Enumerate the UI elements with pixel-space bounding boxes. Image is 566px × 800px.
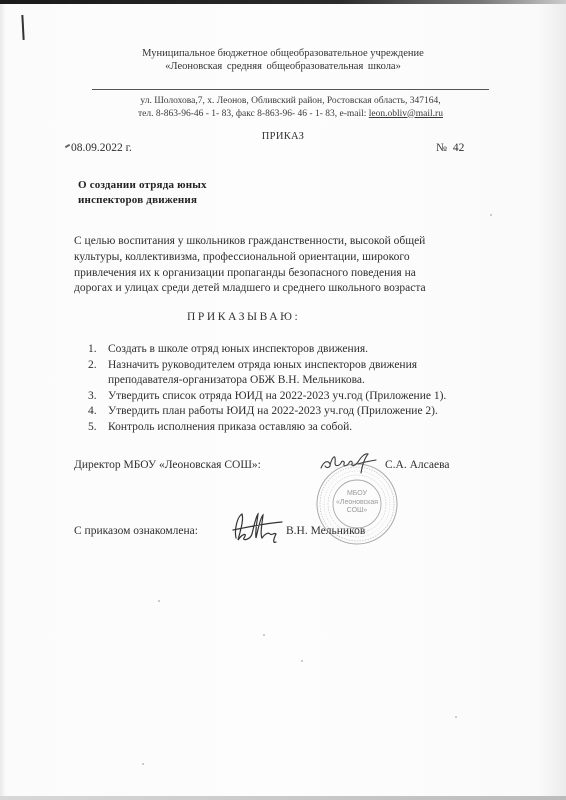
order-subject: О создании отряда юных инспекторов движе… [78,178,207,208]
director-label: Директор МБОУ «Леоновская СОШ»: [74,459,261,471]
org-address: ул. Шолохова,7, х. Леонов, Обливский рай… [92,95,489,120]
subject-line1: О создании отряда юных [78,178,207,193]
preamble: С целью воспитания у школьников гражданс… [74,234,504,297]
item-number: 2. [88,358,97,374]
item-text: Назначить руководителем отряда юных инсп… [108,358,508,374]
preamble-line: дорогах и улицах среди детей младшего и … [74,281,504,297]
order-item: 1. Создать в школе отряд юных инспекторо… [88,342,508,358]
subject-line2: инспекторов движения [78,193,207,208]
scan-top-edge [0,0,566,4]
address-line1: ул. Шолохова,7, х. Леонов, Обливский рай… [92,95,489,108]
contact-phones: тел. 8-863-96-46 - 1- 83, факс 8-863-96-… [138,109,369,119]
item-text: Утвердить список отряда ЮИД на 2022-2023… [108,389,508,405]
preamble-line: культуры, коллективизма, профессионально… [74,250,504,266]
item-text: Создать в школе отряд юных инспекторов д… [108,342,508,358]
scan-speck [158,600,160,602]
document-type: ПРИКАЗ [0,131,566,142]
item-text-continued: преподавателя-организатора ОБЖ В.Н. Мель… [108,373,508,389]
item-number: 1. [88,342,97,358]
scan-speck [490,214,492,216]
scanned-document-page: Муниципальное бюджетное общеобразователь… [0,0,566,800]
item-text: Контроль исполнения приказа оставляю за … [108,420,508,436]
order-items-list: 1. Создать в школе отряд юных инспекторо… [88,342,508,436]
preamble-line: привлечения их к организации пропаганды … [74,266,504,282]
item-number: 5. [88,420,97,436]
org-name-line2: «Леоновская средняя общеобразовательная … [0,60,566,73]
seal-text-line: СОШ» [315,507,399,516]
preamble-line: С целью воспитания у школьников гражданс… [74,234,504,250]
order-item: 2. Назначить руководителем отряда юных и… [88,358,508,389]
item-number: 3. [88,389,97,405]
email-link[interactable]: leon.obliv@mail.ru [369,109,443,119]
margin-pen-mark [21,15,24,40]
directive-heading: ПРИКАЗЫВАЮ: [187,311,300,323]
seal-text-line: МБОУ [315,490,399,499]
acknowledgement-signature-icon [230,508,286,546]
scan-speck [263,634,265,636]
acknowledgement-label: С приказом ознакомлена: [74,525,198,537]
scan-bottom-edge [0,796,566,800]
letterhead: Муниципальное бюджетное общеобразователь… [0,47,566,73]
item-number: 4. [88,404,97,420]
org-name-line1: Муниципальное бюджетное общеобразователь… [0,47,566,60]
seal-text-line: «Леоновская [315,499,399,508]
acknowledgement-name: В.Н. Мельников [286,525,365,537]
order-item: 5. Контроль исполнения приказа оставляю … [88,420,508,436]
scan-speck [142,763,144,765]
order-item: 4. Утвердить план работы ЮИД на 2022-202… [88,404,508,420]
order-item: 3. Утвердить список отряда ЮИД на 2022-2… [88,389,508,405]
seal-text: МБОУ «Леоновская СОШ» [315,490,399,516]
letterhead-divider [92,89,489,90]
order-date: 08.09.2022 г. [71,142,132,154]
scan-speck [301,660,303,662]
scan-speck [455,716,457,718]
item-text: Утвердить план работы ЮИД на 2022-2023 у… [108,404,508,420]
director-name: С.А. Алсаева [385,459,449,471]
address-line2: тел. 8-863-96-46 - 1- 83, факс 8-863-96-… [92,108,489,121]
director-signature-icon [318,451,380,475]
order-number: № 42 [436,142,464,154]
